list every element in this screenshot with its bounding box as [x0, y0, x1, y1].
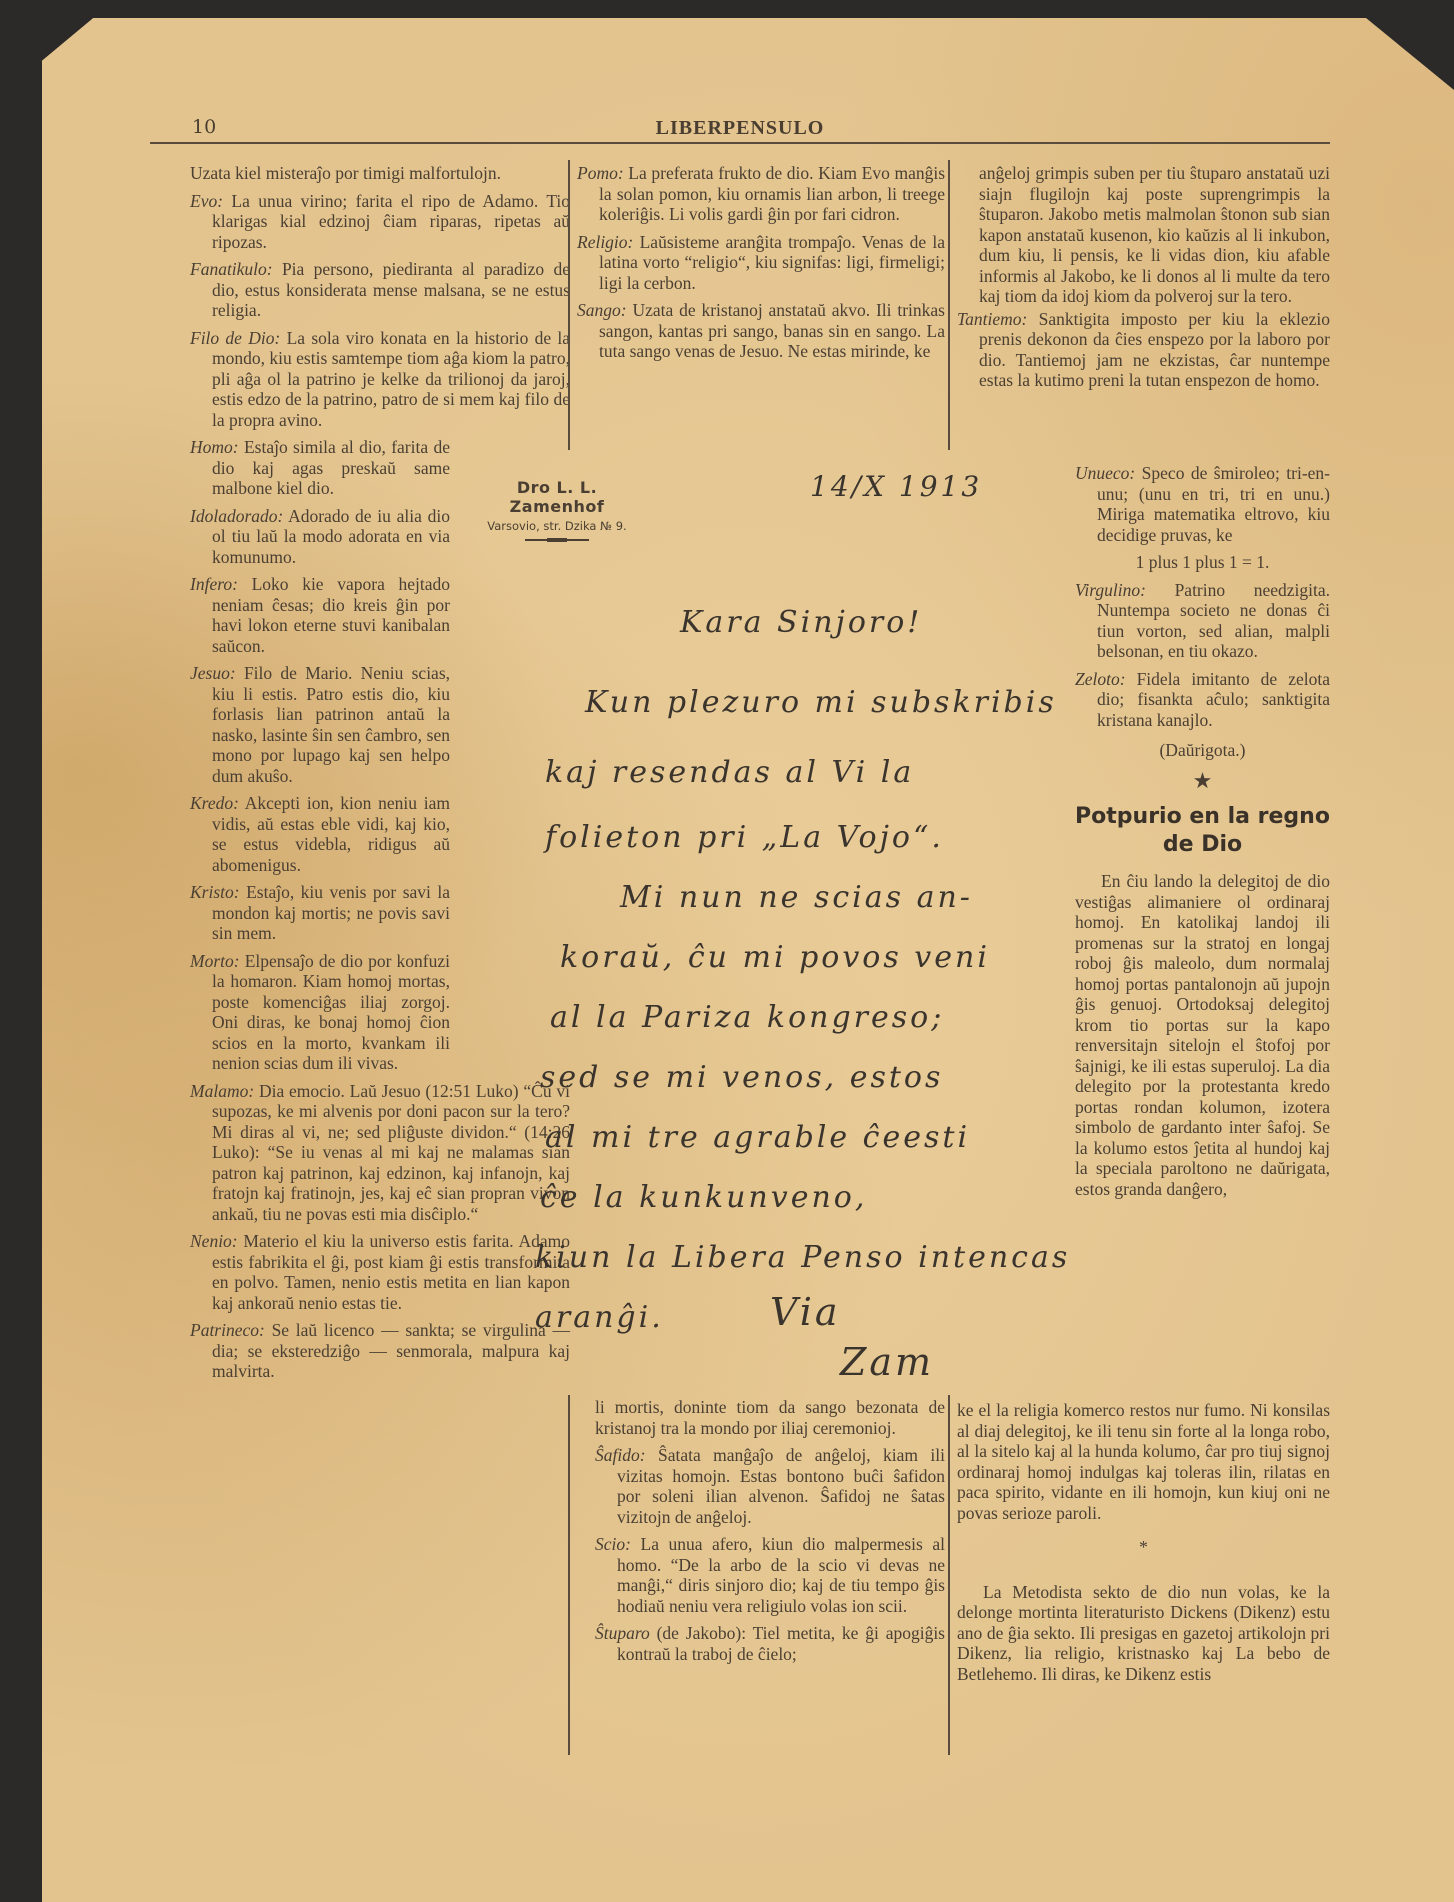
dictionary-entry: Homo: Estaĵo simila al dio, farita de di…: [190, 437, 450, 499]
letter-line: Kara Sinjoro!: [680, 605, 922, 640]
dictionary-entry: Sango: Uzata de kristanoj anstataŭ akvo.…: [577, 300, 945, 362]
entry-text: Estaĵo, kiu venis por savi la mondon kaj…: [212, 882, 450, 943]
right-column-bottom: Unueco: Speco de ŝmiroleo; tri-en-unu; (…: [1075, 463, 1330, 1199]
letter-line: folieton pri „La Vojo“.: [545, 820, 944, 855]
dictionary-entry: Idoladorado: Adorado de iu alia dio ol t…: [190, 506, 450, 568]
letter-line: sed se mi venos, estos: [540, 1060, 943, 1095]
entry-text: Sanktigita imposto per kiu la eklezio pr…: [979, 309, 1330, 391]
entry-term: Ŝtuparo: [595, 1623, 650, 1643]
entry-term: Infero:: [190, 574, 238, 594]
letter-signature: Zam: [840, 1340, 934, 1384]
middle-column-bottom: li mortis, doninte tiom da sango bezonat…: [595, 1397, 945, 1671]
entry-text: La unua afero, kiun dio malpermesis al h…: [617, 1534, 945, 1616]
entry-text: Akcepti ion, kion neniu iam vidis, aŭ es…: [212, 793, 450, 875]
entry-text: Materio el kiu la universo estis farita.…: [212, 1231, 570, 1313]
narrow-column-section: Homo: Estaĵo simila al dio, farita de di…: [190, 437, 450, 1074]
letter-date: 14/X 1913: [810, 470, 982, 503]
entry-text: Loko kie vapora hejtado neniam ĉesas; di…: [212, 574, 450, 656]
entry-term: Patrineco:: [190, 1320, 265, 1340]
dictionary-entry: Infero: Loko kie vapora hejtado neniam ĉ…: [190, 574, 450, 656]
dictionary-entry: Pomo: La preferata frukto de dio. Kiam E…: [577, 163, 945, 225]
entry-term: Virgulino:: [1075, 580, 1146, 600]
letterhead: Dro L. L. Zamenhof Varsovio, str. Dzika …: [472, 478, 642, 541]
dictionary-entry: Patrineco: Se laŭ licenco — sankta; se v…: [190, 1320, 570, 1382]
entry-text: Estaĵo simila al dio, farita de dio kaj …: [212, 437, 450, 498]
ornament-rule: [525, 539, 589, 541]
entry-term: Nenio:: [190, 1231, 238, 1251]
entry-term: Zeloto:: [1075, 669, 1126, 689]
dictionary-entry: Scio: La unua afero, kiun dio malpermesi…: [595, 1534, 945, 1616]
letter-line: koraŭ, ĉu mi povos veni: [560, 940, 990, 975]
column-divider: [568, 160, 570, 450]
entry-term: Ŝafido:: [595, 1445, 646, 1465]
entry-term-suffix: (de Jakobo):: [650, 1623, 746, 1643]
letter-line: al mi tre agrable ĉeesti: [545, 1120, 970, 1155]
entry-term: Sango:: [577, 300, 627, 320]
entry-term: Scio:: [595, 1534, 631, 1554]
dictionary-entry: Tantiemo: Sanktigita imposto per kiu la …: [957, 309, 1330, 391]
entry-text: Uzata de kristanoj anstataŭ akvo. Ili tr…: [599, 300, 945, 361]
article-paragraph: ke el la religia komerco restos nur fumo…: [957, 1400, 1330, 1523]
letter-line: ĉe la kunkunveno,: [540, 1180, 867, 1215]
entry-term: Fanatikulo:: [190, 259, 273, 279]
entry-text: Fidela imitanto de zelota dio; fisankta …: [1097, 669, 1330, 730]
entry-text: Laŭsisteme aranĝita trompaĵo. Venas de l…: [599, 232, 945, 293]
letter-line: aranĝi.: [535, 1300, 664, 1335]
dictionary-entry: Jesuo: Filo de Mario. Neniu scias, kiu l…: [190, 663, 450, 786]
column-divider: [948, 160, 950, 450]
dictionary-entry: Evo: La unua virino; farita el ripo de A…: [190, 191, 570, 253]
middle-column-top: Pomo: La preferata frukto de dio. Kiam E…: [577, 163, 945, 369]
dictionary-entry: Morto: Elpensaĵo de dio por konfuzi la h…: [190, 951, 450, 1074]
continuation-text: anĝeloj grimpis suben per tiu ŝtuparo an…: [957, 163, 1330, 307]
entry-term: Pomo:: [577, 163, 624, 183]
entry-term: Evo:: [190, 191, 223, 211]
entry-text: Uzata kiel misteraĵo por timigi malfortu…: [190, 163, 501, 183]
letter-line: al la Pariza kongreso;: [550, 1000, 944, 1035]
star-icon: ★: [1075, 771, 1330, 792]
entry-term: Filo de Dio:: [190, 328, 280, 348]
entry-term: Unueco:: [1075, 463, 1135, 483]
entry-term: Kristo:: [190, 882, 240, 902]
dictionary-entry: Fanatikulo: Pia persono, piediranta al p…: [190, 259, 570, 321]
article-paragraph: En ĉiu lando la delegitoj de dio vestiĝa…: [1075, 871, 1330, 1199]
dictionary-entry: Virgulino: Patrino needzigita. Nuntempa …: [1075, 580, 1330, 662]
dictionary-entry: Filo de Dio: La sola viro konata en la h…: [190, 328, 570, 431]
equation: 1 plus 1 plus 1 = 1.: [1075, 552, 1330, 573]
dictionary-entry: Kredo: Akcepti ion, kion neniu iam vidis…: [190, 793, 450, 875]
entry-term: Homo:: [190, 437, 239, 457]
entry-text: Ŝatata manĝaĵo de anĝeloj, kiam ili vizi…: [617, 1445, 945, 1527]
to-be-continued: (Daŭrigota.): [1075, 740, 1330, 761]
entry-term: Tantiemo:: [957, 309, 1027, 329]
dictionary-entry: li mortis, doninte tiom da sango bezonat…: [595, 1397, 945, 1438]
dictionary-entry: Nenio: Materio el kiu la universo estis …: [190, 1231, 570, 1313]
letterhead-address: Varsovio, str. Dzika № 9.: [472, 519, 642, 533]
column-divider: [568, 1395, 570, 1755]
entry-text: Se laŭ licenco — sankta; se virgulina — …: [212, 1320, 570, 1381]
entry-text: Filo de Mario. Neniu scias, kiu li estis…: [212, 663, 450, 786]
letter-line: Kun plezuro mi subskribis: [585, 685, 1057, 720]
entry-text: Elpensaĵo de dio por konfuzi la homaron.…: [212, 951, 450, 1074]
dictionary-entry: Uzata kiel misteraĵo por timigi malfortu…: [190, 163, 570, 184]
right-column-tail: ke el la religia komerco restos nur fumo…: [957, 1400, 1330, 1684]
article-paragraph: La Metodista sekto de dio nun volas, ke …: [957, 1582, 1330, 1685]
entry-term: Religio:: [577, 232, 633, 252]
entry-text: La preferata frukto de dio. Kiam Evo man…: [599, 163, 945, 224]
entry-term: Idoladorado:: [190, 506, 283, 526]
article-title: Potpurio en la regno de Dio: [1075, 803, 1330, 859]
asterisk-separator: *: [957, 1537, 1330, 1558]
entry-term: Kredo:: [190, 793, 239, 813]
letter-line: kiun la Libera Penso intencas: [535, 1240, 1070, 1275]
masthead: LIBERPENSULO: [150, 117, 1330, 140]
entry-text: La unua virino; farita el ripo de Adamo.…: [212, 191, 570, 252]
dictionary-entry: Malamo: Dia emocio. Laŭ Jesuo (12:51 Luk…: [190, 1081, 570, 1225]
dictionary-entry: Kristo: Estaĵo, kiu venis por savi la mo…: [190, 882, 450, 944]
left-column: Uzata kiel misteraĵo por timigi malfortu…: [190, 163, 570, 1389]
column-divider: [948, 1395, 950, 1755]
entry-term: Morto:: [190, 951, 240, 971]
entry-text: Dia emocio. Laŭ Jesuo (12:51 Luko) “Ĉu v…: [212, 1081, 570, 1224]
dictionary-entry: Unueco: Speco de ŝmiroleo; tri-en-unu; (…: [1075, 463, 1330, 545]
entry-term: Jesuo:: [190, 663, 236, 683]
entry-term: Malamo:: [190, 1081, 254, 1101]
page-header: 10 LIBERPENSULO: [150, 116, 1330, 144]
dictionary-entry: Zeloto: Fidela imitanto de zelota dio; f…: [1075, 669, 1330, 731]
letter-closing: Via: [770, 1290, 841, 1334]
dictionary-entry: Ŝtuparo (de Jakobo): Tiel metita, ke ĝi …: [595, 1623, 945, 1664]
letter-line: kaj resendas al Vi la: [545, 755, 914, 790]
dictionary-entry: Religio: Laŭsisteme aranĝita trompaĵo. V…: [577, 232, 945, 294]
right-column-top: anĝeloj grimpis suben per tiu ŝtuparo an…: [957, 163, 1330, 398]
dictionary-entry: Ŝafido: Ŝatata manĝaĵo de anĝeloj, kiam …: [595, 1445, 945, 1527]
entry-text: li mortis, doninte tiom da sango bezonat…: [595, 1397, 945, 1438]
letter-line: Mi nun ne scias an-: [620, 880, 973, 915]
letterhead-name: Dro L. L. Zamenhof: [472, 478, 642, 516]
